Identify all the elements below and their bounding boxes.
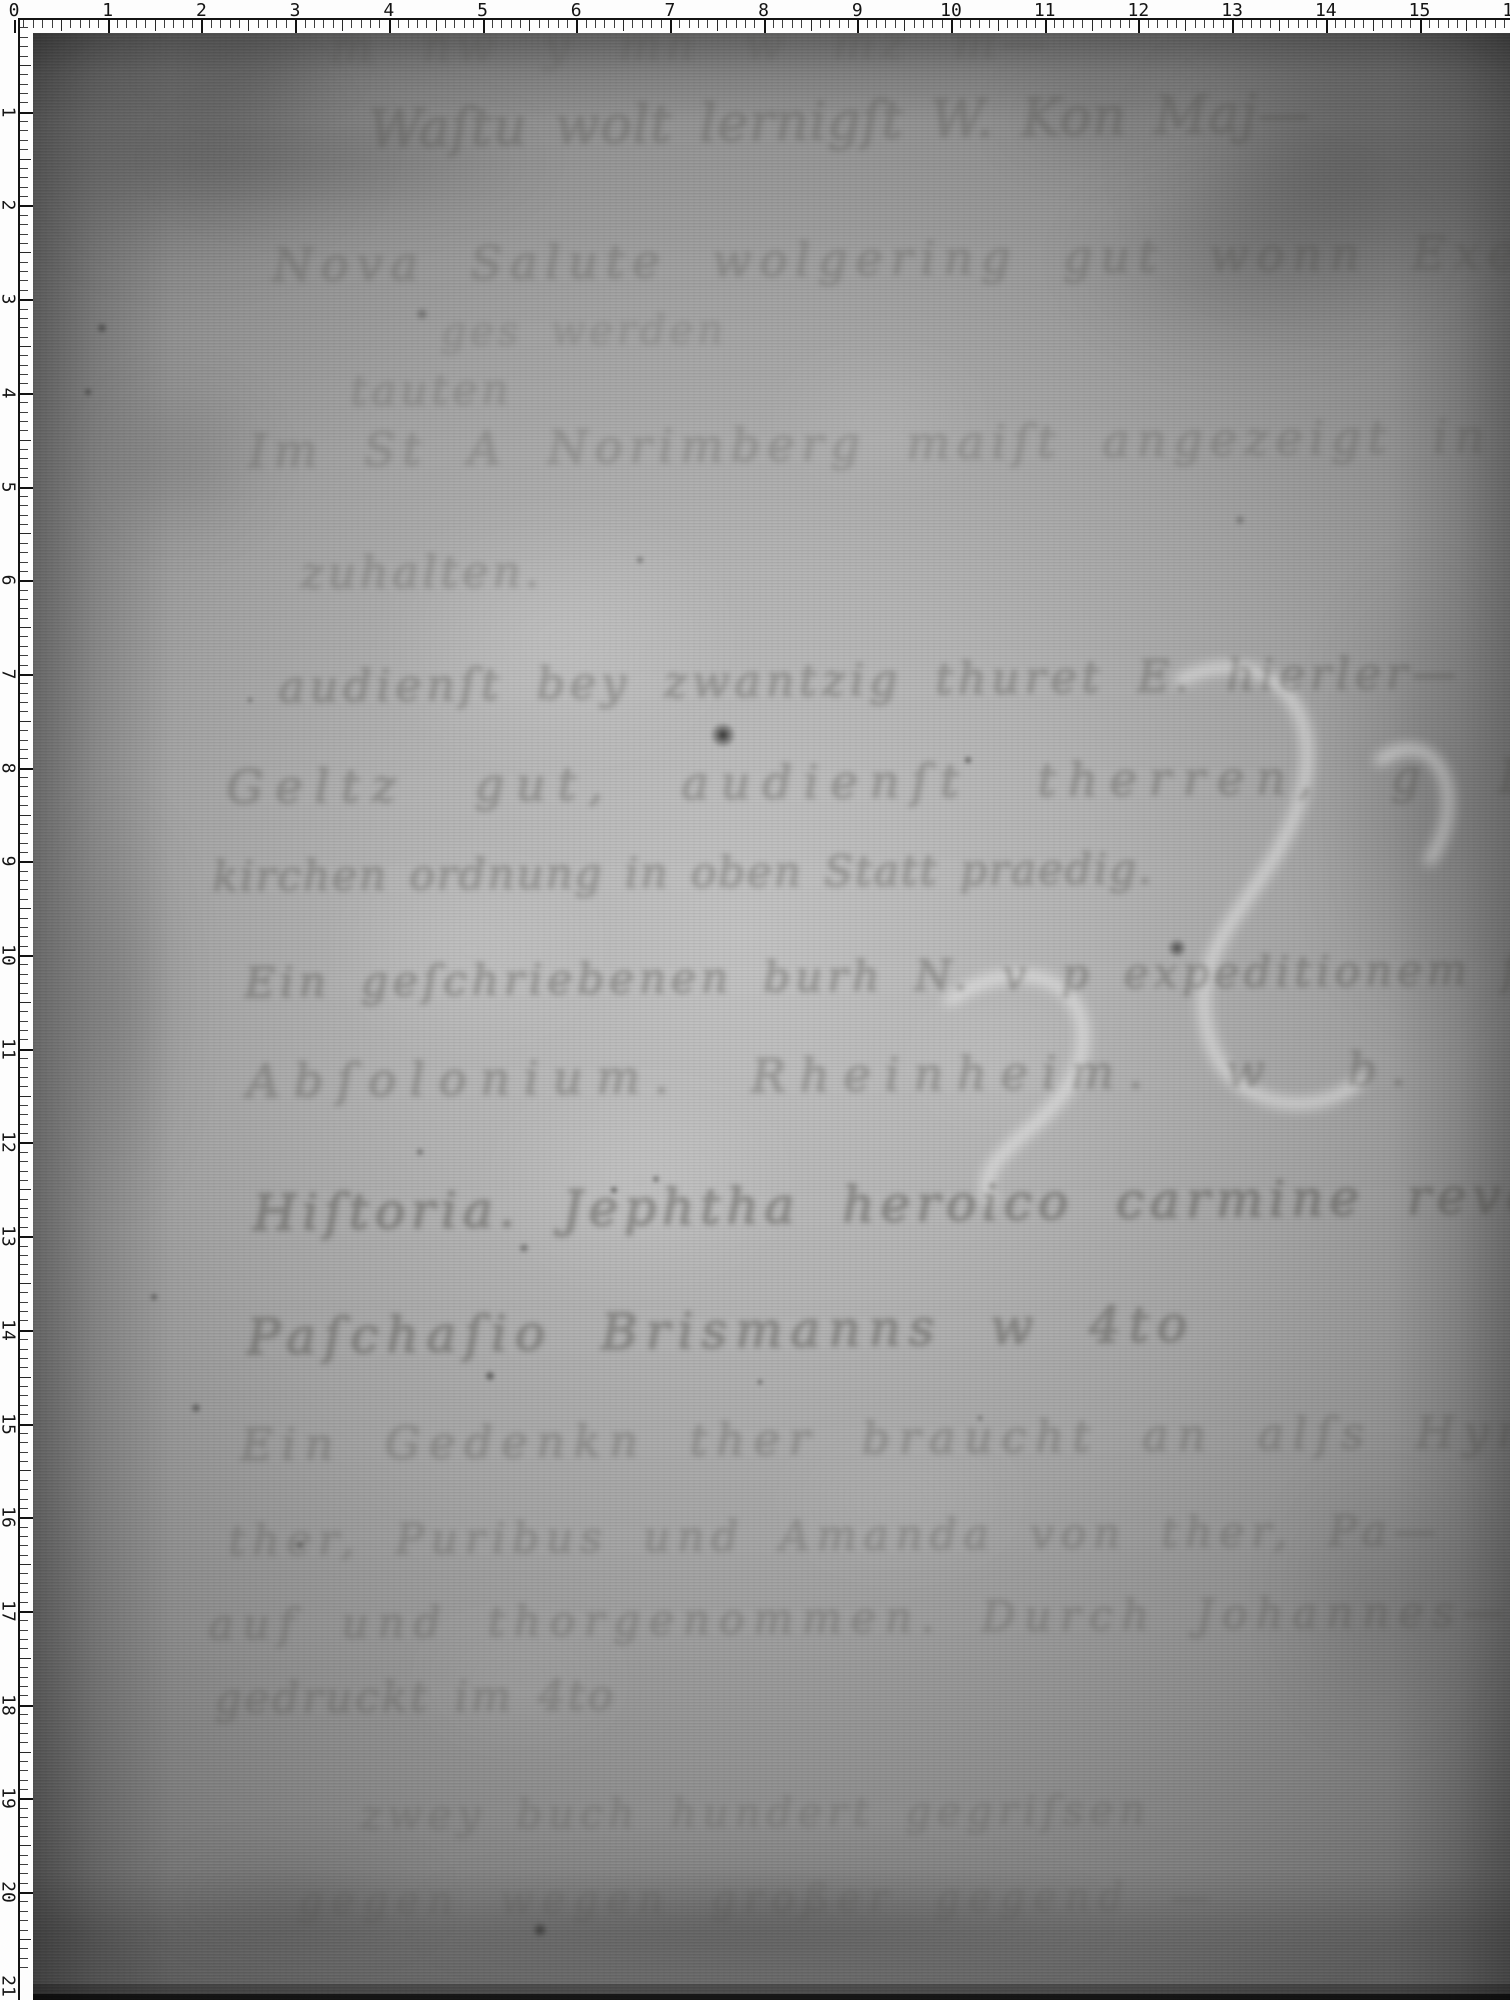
ruler-number: 14 <box>0 1319 19 1341</box>
ruler-tick <box>20 983 28 984</box>
ruler-tick <box>501 20 502 28</box>
ruler-tick <box>20 365 28 366</box>
ruler-tick <box>20 730 28 731</box>
ink-spot <box>1234 514 1246 526</box>
ruler-tick <box>20 1611 33 1613</box>
ink-spot <box>415 307 429 321</box>
ruler-tick <box>117 20 118 28</box>
ink-spot <box>518 1242 530 1254</box>
ruler-number: 18 <box>0 1694 19 1716</box>
ruler-tick <box>20 215 28 216</box>
ruler-tick <box>20 477 28 478</box>
ink-spot <box>1167 938 1187 958</box>
ruler-tick <box>20 824 28 825</box>
ruler-tick <box>155 20 156 31</box>
ruler-tick <box>745 20 746 28</box>
ruler-tick <box>370 20 371 28</box>
ruler-number: 7 <box>664 0 675 21</box>
ruler-tick <box>20 234 28 235</box>
ruler-tick <box>20 1208 28 1209</box>
ruler-tick <box>42 20 43 28</box>
ruler-tick <box>1223 20 1224 28</box>
ruler-tick <box>20 1227 28 1228</box>
ruler-number: 1 <box>0 106 19 117</box>
ruler-tick <box>20 636 28 637</box>
ink-spot <box>246 696 254 704</box>
ruler-tick <box>20 1480 28 1481</box>
ruler-tick <box>1298 20 1299 28</box>
ruler-number: 11 <box>0 1038 19 1060</box>
ruler-tick <box>20 1077 28 1078</box>
ruler-number: 15 <box>0 1413 19 1435</box>
ruler-tick <box>1335 20 1336 28</box>
ruler-number: 12 <box>1128 0 1150 21</box>
ink-spot <box>83 387 93 397</box>
ruler-tick <box>20 571 28 572</box>
ruler-tick <box>1063 20 1064 28</box>
ruler-tick <box>20 674 33 676</box>
ruler-tick <box>20 1358 28 1359</box>
ruler-tick <box>1092 20 1093 31</box>
ruler-tick <box>20 1667 28 1668</box>
ruler-number: 19 <box>0 1787 19 1809</box>
ruler-tick <box>20 65 31 66</box>
ruler-tick <box>20 1648 28 1649</box>
ruler-tick <box>20 936 28 937</box>
ink-spot <box>635 555 645 565</box>
ruler-tick <box>586 20 587 28</box>
ruler-tick <box>20 1133 28 1134</box>
ruler-tick <box>20 843 28 844</box>
ruler-tick <box>323 20 324 28</box>
ruler-tick <box>80 20 81 28</box>
ruler-tick <box>20 1152 28 1153</box>
ruler-number: 20 <box>0 1881 19 1903</box>
ruler-tick <box>20 974 28 975</box>
ruler-tick <box>1242 20 1243 28</box>
handwriting-line: zuhalten. <box>300 550 543 596</box>
ruler-tick <box>398 20 399 28</box>
handwriting-line: Ein Gedenkn ther braucht an alſs Hym— <box>240 1410 1510 1468</box>
ruler-tick <box>20 1199 28 1200</box>
ruler-tick <box>20 1873 28 1874</box>
ruler-tick <box>20 1499 28 1500</box>
ruler-tick <box>1232 20 1234 33</box>
ruler-tick <box>20 758 28 759</box>
ruler-tick <box>258 20 259 28</box>
ruler-tick <box>1101 20 1102 28</box>
ruler-tick <box>20 262 28 263</box>
ruler-number: 9 <box>0 856 19 867</box>
ruler-tick <box>417 20 418 28</box>
ruler-number: 13 <box>0 1225 19 1247</box>
ruler-tick <box>20 1424 33 1426</box>
ruler-tick <box>295 20 297 33</box>
ruler-tick <box>20 1901 28 1902</box>
ruler-tick <box>707 20 708 28</box>
ruler-tick <box>20 1283 31 1284</box>
ruler-tick <box>848 20 849 28</box>
ruler-tick <box>1195 20 1196 28</box>
ruler-tick <box>20 1920 28 1921</box>
ruler-tick <box>20 27 28 28</box>
ruler-number: 15 <box>1409 0 1431 21</box>
ruler-tick <box>20 1836 28 1837</box>
ruler-left: 123456789101112131415161718192021 <box>0 33 33 2000</box>
ruler-tick <box>20 177 28 178</box>
ruler-tick <box>20 1517 33 1519</box>
ruler-tick <box>20 383 28 384</box>
ruler-tick <box>20 1770 28 1771</box>
ruler-tick <box>20 1311 28 1312</box>
ruler-tick <box>20 852 28 853</box>
ruler-tick <box>333 20 334 28</box>
ruler-tick <box>20 580 33 582</box>
ruler-tick <box>20 187 28 188</box>
ruler-tick <box>1157 20 1158 28</box>
ruler-tick <box>454 20 455 28</box>
ink-spot <box>756 1378 764 1386</box>
ruler-tick <box>1073 20 1074 28</box>
ruler-tick <box>20 1414 28 1415</box>
ruler-tick <box>20 1105 28 1106</box>
ruler-tick <box>20 412 28 413</box>
ruler-tick <box>651 20 652 28</box>
ruler-tick <box>314 20 315 28</box>
ruler-tick <box>20 1592 28 1593</box>
ruler-tick <box>839 20 840 28</box>
ruler-tick <box>473 20 474 28</box>
ink-spot <box>976 1414 984 1422</box>
ruler-tick <box>267 20 268 28</box>
ruler-tick <box>201 20 203 33</box>
ruler-tick <box>661 20 662 28</box>
ruler-tick <box>782 20 783 28</box>
ruler-tick <box>1457 20 1458 28</box>
ruler-tick <box>20 918 28 919</box>
ruler-tick <box>20 1339 28 1340</box>
ruler-tick <box>108 20 110 33</box>
ruler-tick <box>679 20 680 28</box>
ruler-tick <box>20 1892 33 1894</box>
ruler-tick <box>20 524 28 525</box>
ruler-tick <box>20 1752 31 1753</box>
ruler-tick <box>20 1452 28 1453</box>
ruler-tick <box>960 20 961 28</box>
ruler-tick <box>20 946 28 947</box>
ruler-tick <box>20 337 28 338</box>
ruler-tick <box>20 46 28 47</box>
ruler-tick <box>20 1395 28 1396</box>
ruler-tick <box>20 309 28 310</box>
ruler-tick <box>20 786 28 787</box>
ruler-tick <box>464 20 465 28</box>
ruler-tick <box>20 796 28 797</box>
ruler-tick <box>20 880 28 881</box>
ruler-tick <box>1251 20 1252 28</box>
ruler-tick <box>1148 20 1149 28</box>
ruler-tick <box>20 205 33 207</box>
ruler-number: 1 <box>102 0 113 21</box>
ruler-number: 17 <box>0 1600 19 1622</box>
ruler-tick <box>1204 20 1205 28</box>
ruler-number: 11 <box>1034 0 1056 21</box>
ruler-tick <box>20 908 31 909</box>
ruler-tick <box>20 1442 28 1443</box>
ruler-tick <box>20 1377 31 1378</box>
ruler-tick <box>20 1067 28 1068</box>
ruler-tick <box>20 1639 28 1640</box>
ruler-tick <box>20 1948 28 1949</box>
ruler-tick <box>1120 20 1121 28</box>
ruler-tick <box>20 1189 31 1190</box>
ruler-tick <box>20 1620 28 1621</box>
ruler-tick <box>20 1180 28 1181</box>
ruler-tick <box>20 1602 28 1603</box>
ruler-tick <box>20 1536 28 1537</box>
ruler-tick <box>20 102 28 103</box>
ruler-tick <box>20 159 31 160</box>
ruler-number: 14 <box>1315 0 1337 21</box>
ruler-tick <box>20 37 28 38</box>
ruler-tick <box>1129 20 1130 28</box>
ruler-number: 16 <box>1502 0 1510 21</box>
ruler-number: 3 <box>0 294 19 305</box>
ruler-tick <box>20 552 28 553</box>
ruler-tick <box>1410 20 1411 28</box>
ruler-tick <box>89 20 90 28</box>
ruler-number: 12 <box>0 1132 19 1154</box>
ruler-number: 5 <box>0 481 19 492</box>
ruler-tick <box>20 290 28 291</box>
manuscript-art-layer: m nw y mh w mz m—Waſtu wolt lernigſt W. … <box>0 0 1510 2000</box>
ruler-tick <box>20 1789 28 1790</box>
ink-spot <box>96 322 108 334</box>
ruler-tick <box>20 1780 28 1781</box>
ruler-tick <box>904 20 905 31</box>
ruler-tick <box>876 20 877 28</box>
ruler-tick <box>20 927 28 928</box>
ruler-tick <box>20 1021 28 1022</box>
ink-spot <box>651 1174 661 1184</box>
ruler-tick <box>20 1217 28 1218</box>
handwriting-line: Geltz gut, audienſt therren, g Lo— <box>226 752 1510 810</box>
ruler-tick <box>20 1002 31 1003</box>
ruler-tick <box>20 112 33 114</box>
ruler-tick <box>351 20 352 28</box>
ruler-tick <box>183 20 184 28</box>
ruler-tick <box>20 1171 28 1172</box>
ruler-number: 2 <box>196 0 207 21</box>
ruler-tick <box>20 721 31 722</box>
ruler-tick <box>1448 20 1449 28</box>
ruler-tick <box>1401 20 1402 28</box>
ruler-tick <box>20 1845 31 1846</box>
ink-spot <box>609 1185 619 1195</box>
ruler-tick <box>248 20 249 31</box>
ruler-tick <box>239 20 240 28</box>
ruler-tick <box>20 252 31 253</box>
ruler-tick <box>1504 20 1505 28</box>
ruler-number: 7 <box>0 668 19 679</box>
ruler-tick <box>20 1274 28 1275</box>
ruler-tick <box>20 618 28 619</box>
ruler-tick <box>1466 20 1467 31</box>
ink-spot <box>190 1402 202 1414</box>
ruler-tick <box>942 20 943 28</box>
ruler-tick <box>1017 20 1018 28</box>
handwriting-line: ges werden <box>440 310 727 352</box>
ruler-tick <box>20 327 28 328</box>
ruler-tick <box>1476 20 1477 28</box>
handwriting-line: zwey buch hundert gegriſsen <box>360 1790 1151 1836</box>
ruler-tick <box>20 56 28 57</box>
ruler-tick <box>1307 20 1308 28</box>
ruler-tick <box>20 1124 28 1125</box>
ruler-tick <box>20 1911 28 1912</box>
ruler-tick <box>20 955 33 957</box>
ruler-tick <box>20 1630 28 1631</box>
ruler-tick <box>20 768 33 770</box>
ruler-tick <box>1420 20 1422 33</box>
ruler-tick <box>20 861 33 863</box>
ruler-tick <box>20 280 28 281</box>
ruler-tick <box>20 346 31 347</box>
ruler-tick <box>20 440 31 441</box>
handwriting-line: Waſtu wolt lernigſt W. Kon Maj— <box>368 88 1311 156</box>
ruler-tick <box>20 355 28 356</box>
ruler-tick <box>20 1761 28 1762</box>
ruler-tick <box>20 1583 28 1584</box>
ruler-tick <box>20 430 28 431</box>
ruler-tick <box>20 646 28 647</box>
ruler-tick <box>792 20 793 28</box>
ruler-tick <box>20 702 28 703</box>
ruler-tick <box>689 20 690 28</box>
ruler-tick <box>1045 20 1047 33</box>
ruler-tick <box>1279 20 1280 31</box>
vignette-corner-top-left <box>33 33 353 253</box>
ruler-tick <box>98 20 99 28</box>
ruler-tick <box>20 1320 28 1321</box>
ruler-tick <box>20 1330 33 1332</box>
ruler-tick <box>1213 20 1214 28</box>
ruler-tick <box>1026 20 1027 28</box>
ruler-tick <box>576 20 578 33</box>
ruler-tick <box>20 449 28 450</box>
ruler-tick <box>20 1030 28 1031</box>
ruler-tick <box>970 20 971 28</box>
ruler-tick <box>1138 20 1140 33</box>
ruler-number: 5 <box>477 0 488 21</box>
ruler-tick <box>811 20 812 31</box>
ruler-tick <box>567 20 568 28</box>
ruler-tick <box>20 1386 28 1387</box>
ruler-tick <box>754 20 755 28</box>
ruler-tick <box>20 693 28 694</box>
ruler-tick <box>801 20 802 28</box>
ruler-tick <box>1167 20 1168 28</box>
ruler-tick <box>20 1461 28 1462</box>
ruler-tick <box>230 20 231 28</box>
ruler-tick <box>20 1246 28 1247</box>
ruler-tick <box>773 20 774 28</box>
ruler-tick <box>70 20 71 28</box>
ruler-tick <box>20 1039 28 1040</box>
ruler-tick <box>20 711 28 712</box>
ruler-tick <box>20 421 28 422</box>
ruler-tick <box>1082 20 1083 28</box>
ruler-tick <box>20 1349 28 1350</box>
ruler-tick <box>1382 20 1383 28</box>
ruler-number: 4 <box>0 387 19 398</box>
ruler-tick <box>305 20 306 28</box>
ruler-tick <box>20 1489 28 1490</box>
ruler-tick <box>764 20 766 33</box>
ruler-number: 13 <box>1221 0 1243 21</box>
ruler-tick <box>1260 20 1261 28</box>
ruler-tick <box>20 74 28 75</box>
ruler-tick <box>192 20 193 28</box>
ruler-tick <box>1270 20 1271 28</box>
ruler-number: 2 <box>0 200 19 211</box>
ruler-tick <box>20 299 33 301</box>
ruler-tick <box>220 20 221 28</box>
ruler-tick <box>52 20 53 28</box>
ruler-tick <box>61 20 62 31</box>
ruler-number: 6 <box>0 575 19 586</box>
ruler-tick <box>923 20 924 28</box>
ruler-tick <box>1354 20 1355 28</box>
ruler-tick <box>20 1695 28 1696</box>
ruler-tick <box>529 20 530 31</box>
ruler-tick <box>914 20 915 28</box>
ruler-tick <box>20 374 28 375</box>
ruler-tick <box>20 899 28 900</box>
ruler-tick <box>20 1302 28 1303</box>
ruler-tick <box>20 1808 28 1809</box>
ruler-tick <box>33 20 34 28</box>
ruler-number: 8 <box>0 762 19 773</box>
ruler-tick <box>1035 20 1036 28</box>
ruler-tick <box>20 1433 28 1434</box>
ruler-tick <box>14 20 16 33</box>
ruler-tick <box>20 533 31 534</box>
handwriting-line: Nova Salute wolgering gut wonn Exere— <box>272 228 1510 288</box>
ruler-tick <box>361 20 362 28</box>
ruler-tick <box>20 1142 33 1144</box>
ruler-tick <box>989 20 990 28</box>
ruler-tick <box>604 20 605 28</box>
ruler-tick <box>389 20 391 33</box>
ruler-tick <box>20 1555 28 1556</box>
ruler-number: 16 <box>0 1506 19 1528</box>
handwriting-line: gedruckt im 4to <box>214 1674 616 1720</box>
ruler-tick <box>548 20 549 28</box>
ruler-tick <box>20 1573 28 1574</box>
ruler-tick <box>1485 20 1486 28</box>
ruler-tick <box>520 20 521 28</box>
ruler-tick <box>20 1883 28 1884</box>
ruler-number: 8 <box>758 0 769 21</box>
ruler-tick <box>20 1564 31 1565</box>
ruler-tick <box>1345 20 1346 28</box>
ruler-tick <box>20 1161 28 1162</box>
ruler-tick <box>642 20 643 28</box>
ruler-tick <box>20 1677 28 1678</box>
ruler-tick <box>1495 20 1496 28</box>
ruler-tick <box>20 871 28 872</box>
